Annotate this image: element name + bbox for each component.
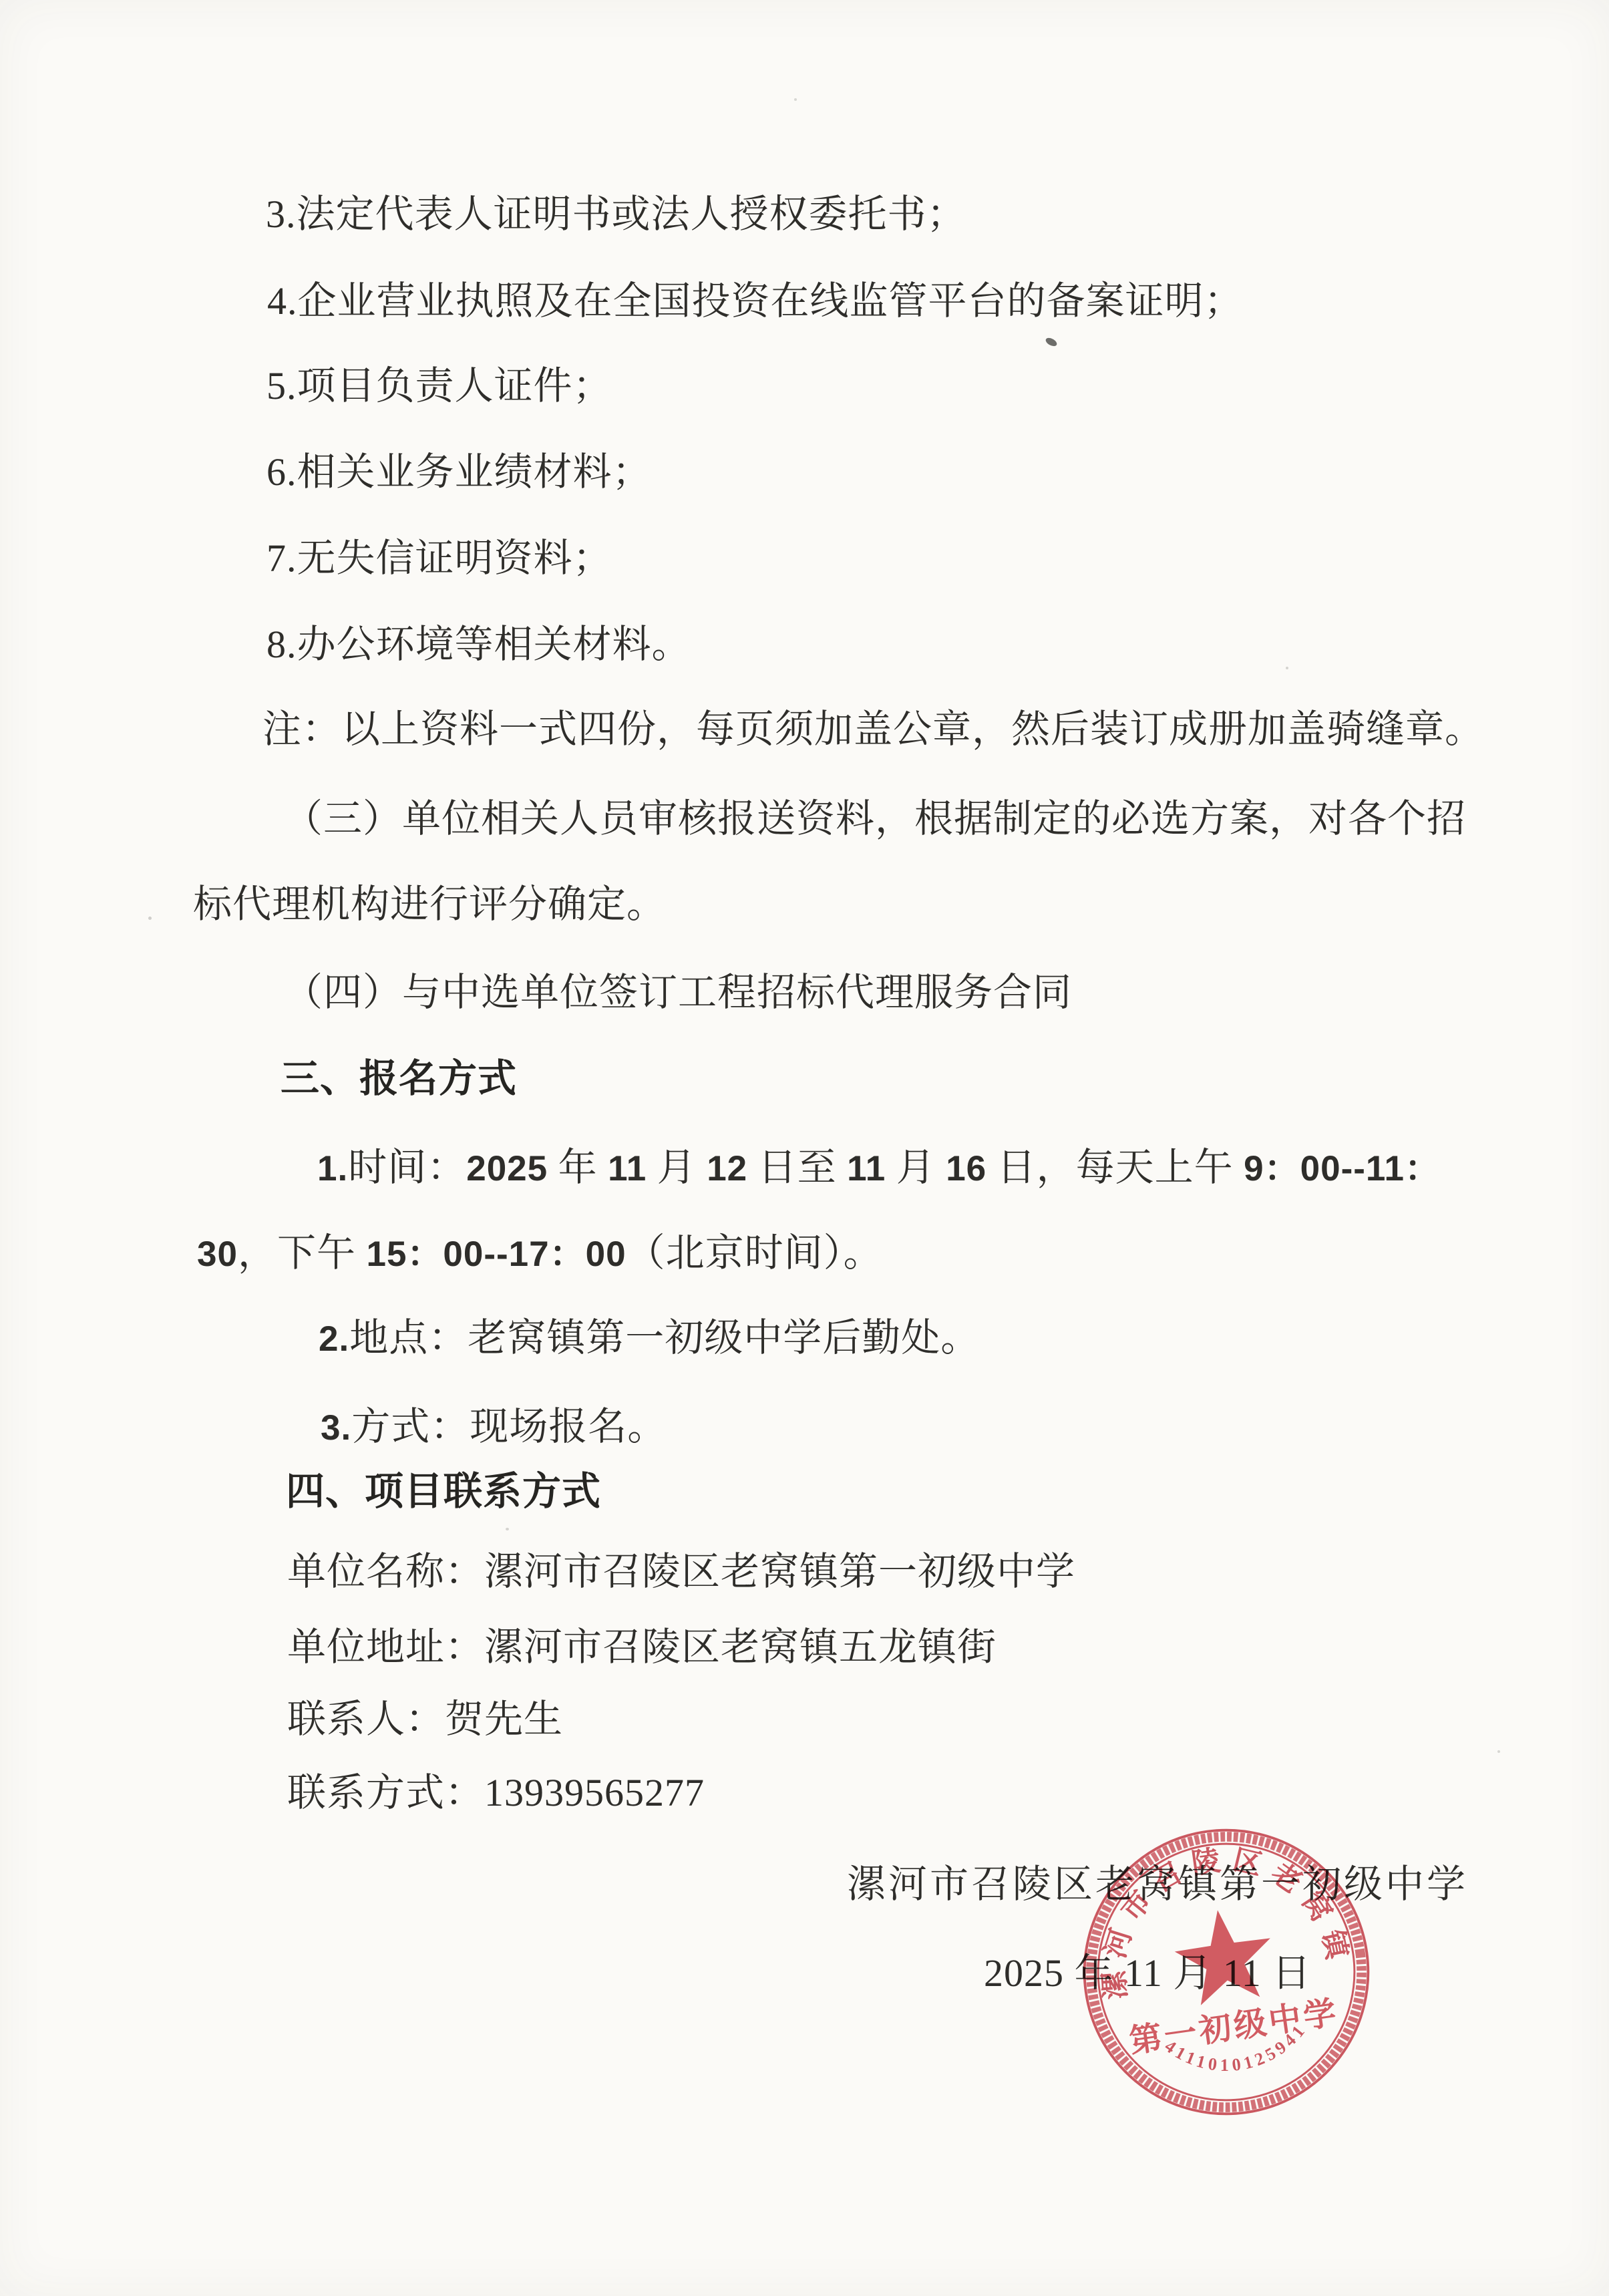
text-segment: 月	[647, 1146, 707, 1189]
scanned-document-page: 3.法定代表人证明书或法人授权委托书； 4.企业营业执照及在全国投资在线监管平台…	[0, 0, 1609, 2296]
document-line: 注：以上资料一式四份，每页须加盖公章，然后装订成册加盖骑缝章。	[262, 707, 1484, 752]
text-segment: 地点：老窝镇第一初级中学后勤处。	[349, 1316, 980, 1359]
section-heading: 四、项目联系方式	[286, 1470, 601, 1514]
text-segment: 11	[847, 1149, 886, 1188]
document-line: 联系人：贺先生	[287, 1697, 563, 1742]
document-line: 2.地点：老窝镇第一初级中学后勤处。	[319, 1316, 980, 1361]
document-line: 单位地址：漯河市召陵区老窝镇五龙镇街	[287, 1625, 997, 1669]
text-segment: 年	[548, 1146, 608, 1189]
document-line: 8.办公环境等相关材料。	[266, 623, 691, 667]
text-segment: 1.	[317, 1149, 348, 1188]
text-segment: 2.	[319, 1319, 349, 1359]
document-line: 联系方式：13939565277	[287, 1771, 705, 1815]
official-seal-graphic: 漯河市召陵区老窝镇 第一初级中学 4111010125941	[1057, 1803, 1395, 2141]
document-line: 30，下午 15：00--17：00（北京时间）。	[197, 1231, 883, 1277]
document-line: 5.项目负责人证件；	[266, 364, 612, 408]
document-line: 1.时间：2025 年 11 月 12 日至 11 月 16 日，每天上午 9：…	[317, 1146, 1441, 1191]
text-segment: 12	[707, 1149, 747, 1188]
text-segment: 方式：现场报名。	[351, 1405, 667, 1448]
text-segment: 2025	[466, 1149, 548, 1188]
document-line: （四）与中选单位签订工程招标代理服务合同	[284, 971, 1072, 1015]
text-segment: 时间：	[348, 1146, 466, 1189]
document-line: 6.相关业务业绩材料；	[266, 450, 652, 494]
text-segment: 30	[197, 1235, 238, 1274]
text-segment: （北京时间）。	[627, 1231, 883, 1275]
scan-speck	[1286, 667, 1288, 669]
text-segment: 日至	[747, 1146, 847, 1189]
document-line: 7.无失信证明资料；	[266, 536, 612, 581]
text-segment: 月	[886, 1146, 946, 1189]
official-seal: 漯河市召陵区老窝镇 第一初级中学 4111010125941	[1057, 1803, 1395, 2141]
document-line: 4.企业营业执照及在全国投资在线监管平台的备案证明；	[267, 279, 1244, 323]
document-line: 标代理机构进行评分确定。	[193, 882, 666, 927]
text-segment: 16	[946, 1149, 987, 1188]
scan-speck	[1045, 336, 1059, 347]
document-line: 3.法定代表人证明书或法人授权委托书；	[266, 192, 966, 236]
section-heading: 三、报名方式	[281, 1057, 517, 1101]
document-line: （三）单位相关人员审核报送资料，根据制定的必选方案，对各个招	[284, 797, 1466, 841]
scan-speck	[794, 98, 797, 101]
text-segment: 15：00--17：00	[366, 1235, 626, 1274]
scan-speck	[148, 917, 152, 920]
text-segment: 日，每天上午	[987, 1146, 1244, 1189]
document-line: 单位名称：漯河市召陵区老窝镇第一初级中学	[287, 1550, 1075, 1594]
scan-speck	[1497, 1750, 1500, 1753]
text-segment: 11	[608, 1149, 647, 1188]
scan-speck	[506, 1528, 509, 1530]
text-segment: 3.	[321, 1408, 351, 1448]
text-segment: 9：00--11：	[1244, 1149, 1441, 1188]
text-segment: ，下午	[238, 1231, 367, 1275]
seal-center-text: 第一初级中学	[1127, 1995, 1341, 2060]
document-line: 3.方式：现场报名。	[321, 1405, 667, 1450]
seal-star-icon	[1170, 1903, 1278, 2007]
